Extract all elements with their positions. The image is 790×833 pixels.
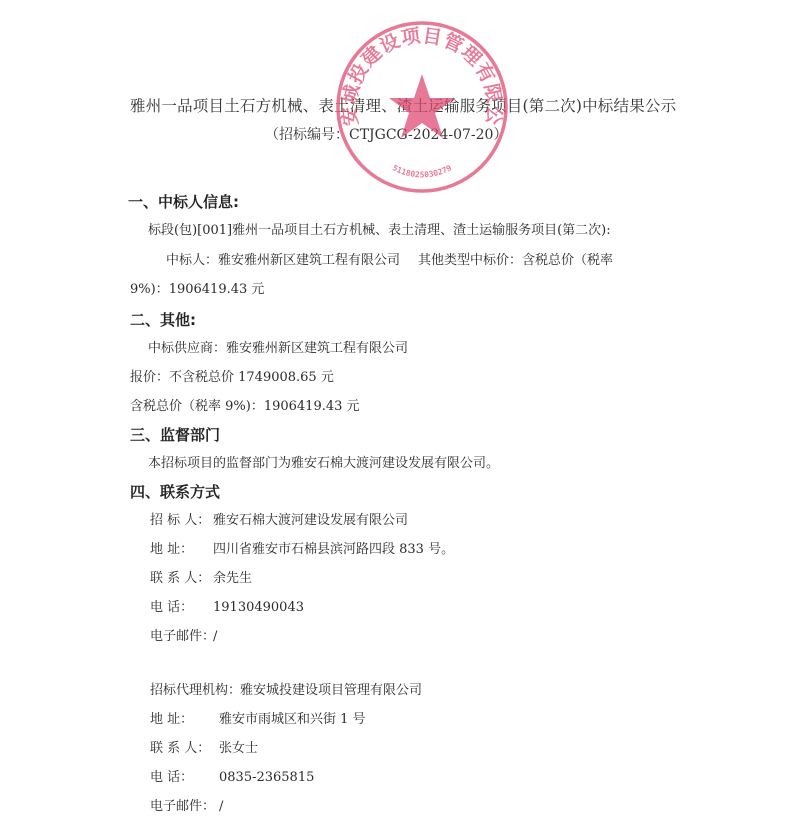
tenderer-address-value: 四川省雅安市石棉县滨河路四段 833 号。 [213,542,454,558]
agency-phone-label: 电 话： [150,770,193,786]
tenderer-phone-label: 电 话： [150,600,193,616]
section-heading-winner-info: 一、中标人信息: [128,194,239,210]
tenderer-label: 招 标 人： [150,513,210,529]
seal-code: 5118025030279 [391,163,453,179]
tenderer-value: 雅安石棉大渡河建设发展有限公司 [213,513,408,529]
agency-phone-value: 0835-2365815 [219,770,314,786]
agency-email-value: / [219,799,223,815]
tenderer-contact-value: 余先生 [213,571,252,587]
agency-contact-value: 张女士 [219,741,258,757]
quote-incl-tax: 含税总价（税率 9%)：1906419.43 元 [130,399,360,415]
official-seal-stamp: 雅安城投建设项目管理有限公司 5118025030279 [333,18,511,196]
tenderer-contact-label: 联 系 人： [150,571,210,587]
winner-name: 中标人：雅安雅州新区建筑工程有限公司 [166,253,400,269]
seal-star-icon [389,74,455,138]
section-heading-contact: 四、联系方式 [130,484,220,500]
agency-label: 招标代理机构： [150,683,241,699]
section-heading-supervision: 三、监督部门 [130,427,220,443]
svg-text:5118025030279: 5118025030279 [391,163,453,179]
tenderer-email-value: / [213,629,217,645]
tenderer-address-label: 地 址： [150,542,193,558]
lot-description: 标段(包)[001]雅州一品项目土石方机械、表土清理、渣土运输服务项目(第二次)… [148,223,611,239]
tenderer-email-label: 电子邮件： [150,629,215,645]
winning-price-label: 其他类型中标价：含税总价（税率 [418,253,613,269]
tenderer-phone-value: 19130490043 [213,600,304,616]
section-heading-other: 二、其他: [130,312,196,328]
agency-contact-label: 联 系 人： [150,741,210,757]
quote-excl-tax: 报价：不含税总价 1749008.65 元 [130,370,334,386]
agency-address-label: 地 址： [150,712,193,728]
agency-address-value: 雅安市雨城区和兴街 1 号 [219,712,366,728]
agency-email-label: 电子邮件： [150,799,215,815]
agency-value: 雅安城投建设项目管理有限公司 [240,683,422,699]
winning-price-value: 9%)：1906419.43 元 [130,282,264,298]
winning-supplier: 中标供应商：雅安雅州新区建筑工程有限公司 [148,341,408,357]
supervision-text: 本招标项目的监督部门为雅安石棉大渡河建设发展有限公司。 [148,456,499,472]
